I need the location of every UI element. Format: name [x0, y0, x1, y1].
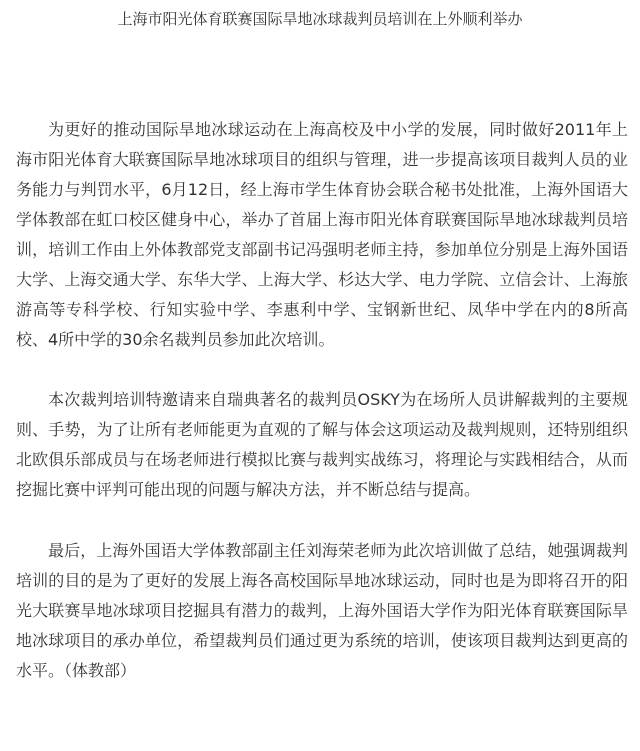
article-paragraph-1: 为更好的推动国际旱地冰球运动在上海高校及中小学的发展，同时做好2011年上海市阳…: [16, 115, 628, 355]
article-paragraph-2: 本次裁判培训特邀请来自瑞典著名的裁判员OSKY为在场所人员讲解裁判的主要规则、手…: [16, 385, 628, 505]
article-title: 上海市阳光体育联赛国际旱地冰球裁判员培训在上外顺利举办: [0, 9, 640, 29]
article-paragraph-3: 最后，上海外国语大学体教部副主任刘海荣老师为此次培训做了总结，她强调裁判培训的目…: [16, 536, 628, 686]
